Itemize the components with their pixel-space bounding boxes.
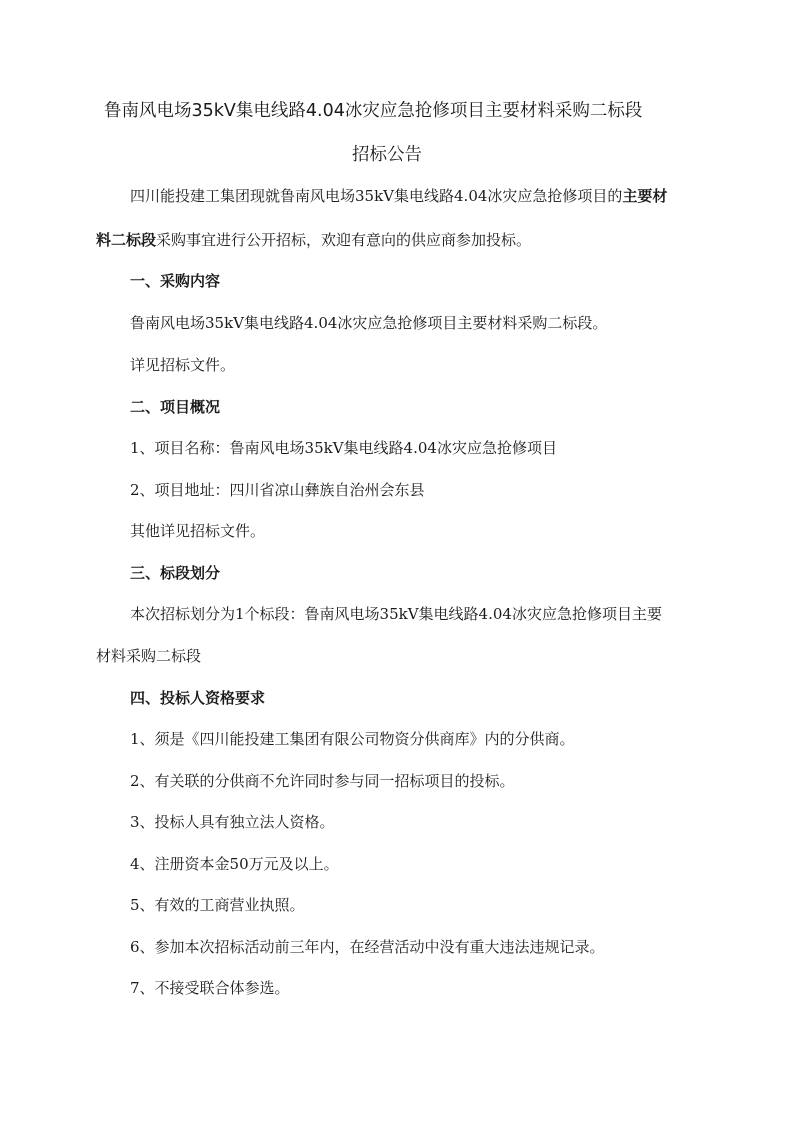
list-item: 5、有效的工商营业执照。 [130,895,305,915]
section-line: 1、项目名称：鲁南风电场35kV集电线路4.04冰灾应急抢修项目 [130,438,557,458]
list-item: 6、参加本次招标活动前三年内，在经营活动中没有重大违法违规记录。 [130,937,605,957]
document-page: 鲁南风电场35kV集电线路4.04冰灾应急抢修项目主要材料采购二标段 招标公告 … [0,0,794,1123]
document-title-line2: 招标公告 [352,145,422,165]
section-line: 2、项目地址：四川省凉山彝族自治州会东县 [130,480,425,500]
intro-bold-text-2: 料二标段 [96,231,156,249]
section-line: 其他详见招标文件。 [130,521,265,541]
section-line: 材料采购二标段 [96,646,201,666]
list-item: 2、有关联的分供商不允许同时参与同一招标项目的投标。 [130,771,515,791]
document-title-line1: 鲁南风电场35kV集电线路4.04冰灾应急抢修项目主要材料采购二标段 [104,101,642,121]
list-item: 3、投标人具有独立法人资格。 [130,812,335,832]
section-line: 鲁南风电场35kV集电线路4.04冰灾应急抢修项目主要材料采购二标段。 [130,313,607,333]
list-item: 4、注册资本金50万元及以上。 [130,854,339,874]
list-item: 7、不接受联合体参选。 [130,978,290,998]
section-line: 详见招标文件。 [130,355,235,375]
section-heading-lots: 三、标段划分 [130,563,220,583]
intro-paragraph-line2: 料二标段采购事宜进行公开招标，欢迎有意向的供应商参加投标。 [96,230,531,250]
intro-bold-text: 主要材 [622,187,667,205]
section-line: 本次招标划分为1个标段：鲁南风电场35kV集电线路4.04冰灾应急抢修项目主要 [130,604,662,624]
section-heading-qualifications: 四、投标人资格要求 [130,688,265,708]
section-heading-overview: 二、项目概况 [130,397,220,417]
list-item: 1、须是《四川能投建工集团有限公司物资分供商库》内的分供商。 [130,729,575,749]
intro-paragraph-line1: 四川能投建工集团现就鲁南风电场35kV集电线路4.04冰灾应急抢修项目的主要材 [130,186,667,206]
section-heading-procurement: 一、采购内容 [130,271,220,291]
intro-text-2: 采购事宜进行公开招标，欢迎有意向的供应商参加投标。 [156,231,531,249]
intro-text: 四川能投建工集团现就鲁南风电场35kV集电线路4.04冰灾应急抢修项目的 [130,187,622,205]
